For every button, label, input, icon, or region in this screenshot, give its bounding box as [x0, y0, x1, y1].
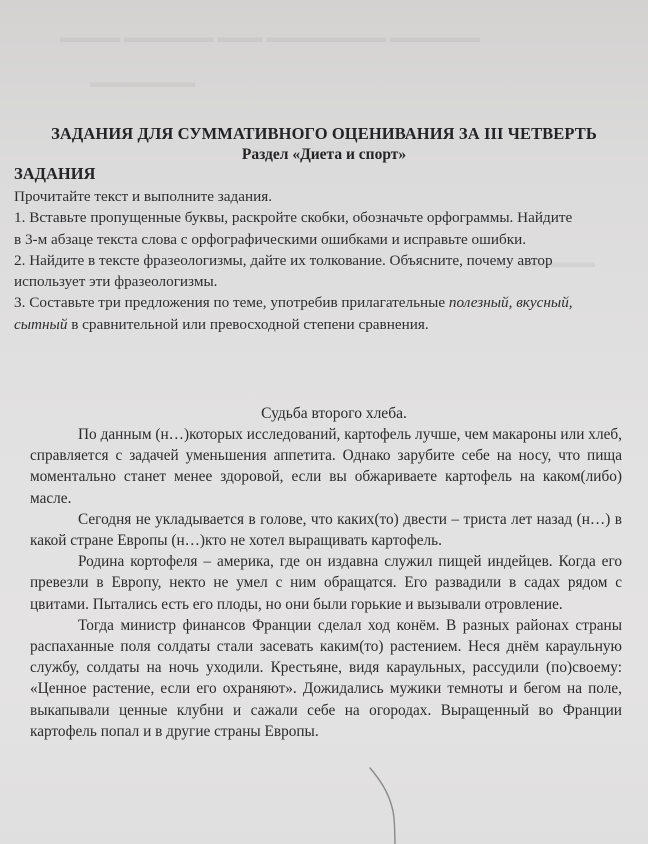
- section-subtitle: Раздел «Диета и спорт»: [0, 146, 648, 164]
- document-page: ▬▬▬▬ ▬▬▬▬▬▬ ▬▬▬ ▬▬▬▬▬▬▬▬ ▬▬▬▬▬▬ ▬▬▬▬▬▬▬ …: [0, 0, 648, 844]
- pen-mark-icon: [360, 760, 420, 844]
- bleed-through-text: ▬▬▬▬ ▬▬▬▬▬▬ ▬▬▬ ▬▬▬▬▬▬▬▬ ▬▬▬▬▬▬: [60, 30, 480, 47]
- task-1: 1. Вставьте пропущенные буквы, раскройте…: [14, 207, 574, 250]
- tasks-heading: ЗАДАНИЯ: [14, 164, 95, 184]
- story-paragraph-2: Сегодня не укладывается в голове, что ка…: [30, 509, 622, 551]
- task-2: 2. Найдите в тексте фразеологизмы, дайте…: [14, 250, 574, 293]
- document-title: ЗАДАНИЯ ДЛЯ СУММАТИВНОГО ОЦЕНИВАНИЯ ЗА I…: [0, 124, 648, 144]
- task-3-text-after: в сравнительной или превосходной степени…: [71, 316, 428, 333]
- story-title: Судьба второго хлеба.: [0, 405, 648, 423]
- instruction: Прочитайте текст и выполните задания.: [14, 186, 574, 207]
- task-3: 3. Составьте три предложения по теме, уп…: [14, 292, 574, 335]
- story-text: По данным (н…)которых исследований, карт…: [30, 424, 622, 742]
- story-paragraph-1: По данным (н…)которых исследований, карт…: [30, 424, 622, 509]
- story-paragraph-4: Тогда министр финансов Франции сделал хо…: [30, 615, 622, 742]
- task-3-text-before: 3. Составьте три предложения по теме, уп…: [14, 294, 445, 311]
- story-paragraph-3: Родина кортофеля – америка, где он издав…: [30, 551, 622, 615]
- bleed-through-text: ▬▬▬▬▬▬▬: [90, 75, 195, 92]
- tasks-list: Прочитайте текст и выполните задания. 1.…: [14, 186, 574, 335]
